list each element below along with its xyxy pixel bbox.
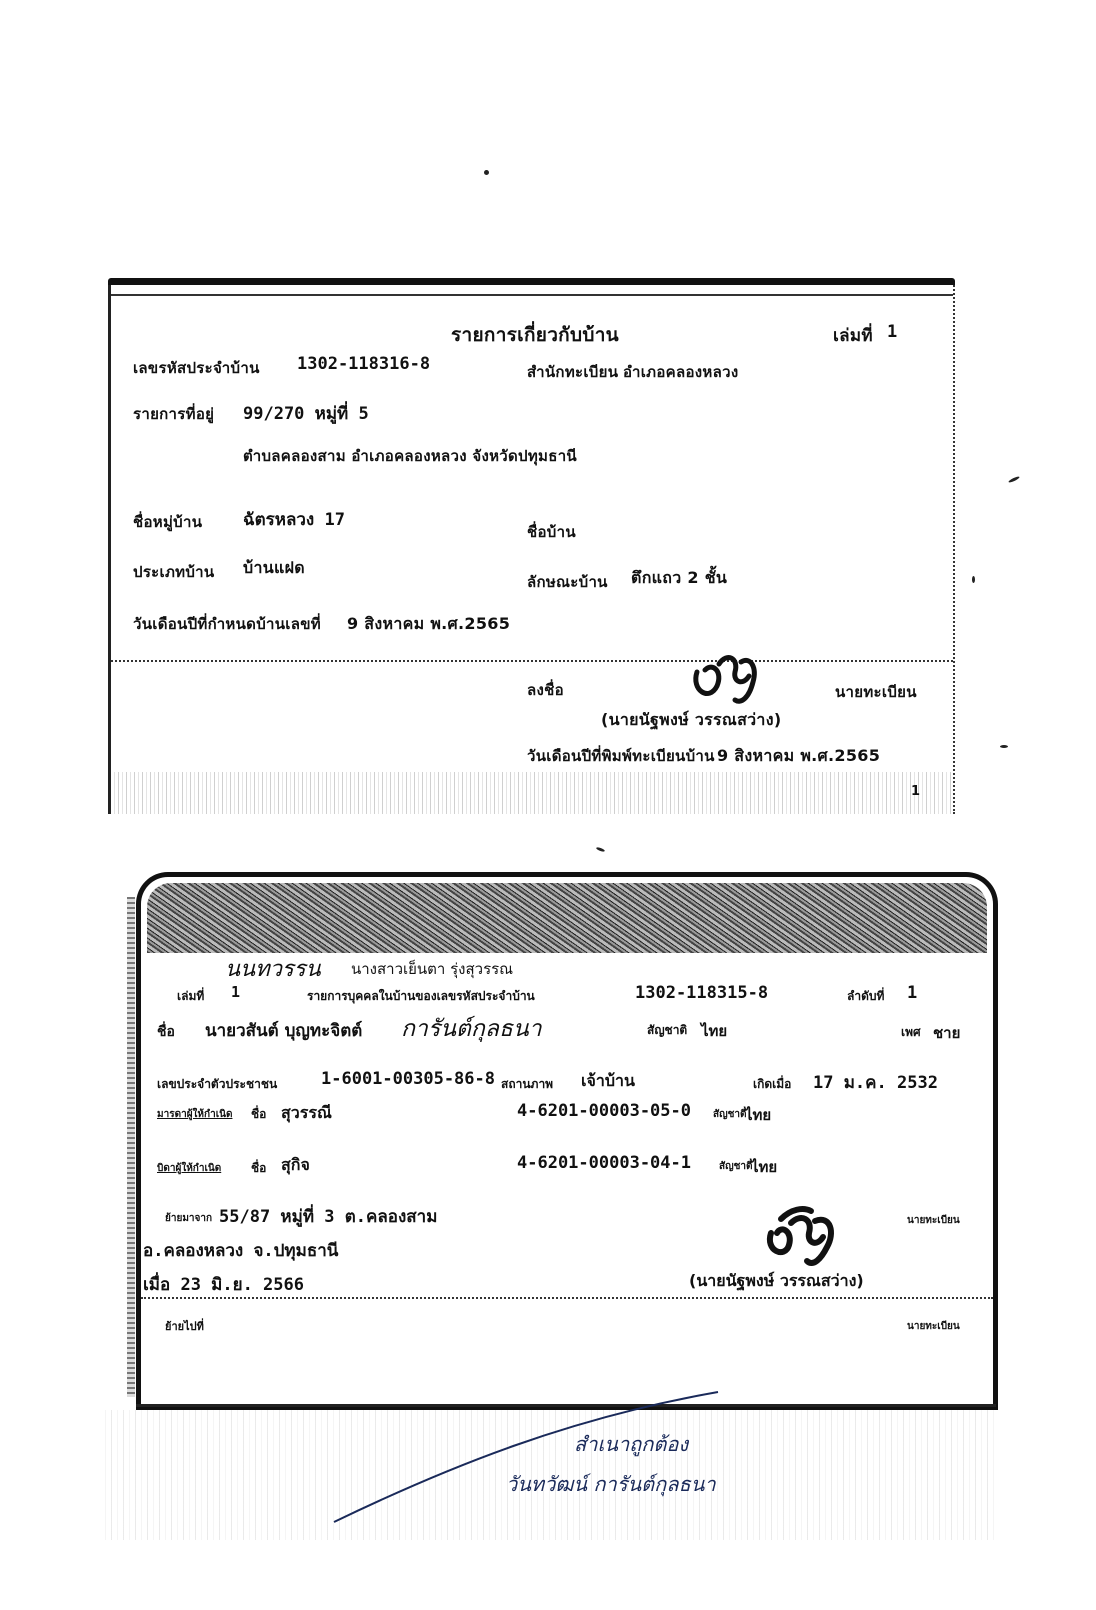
assigned-date-label: วันเดือนปีที่กำหนดบ้านเลขที่ bbox=[133, 612, 321, 636]
nationality-value: ไทย bbox=[701, 1019, 727, 1043]
house-id-value: 1302-118316-8 bbox=[297, 354, 430, 374]
name-value: นายวสันต์ บุญทะจิตต์ bbox=[205, 1017, 362, 1044]
moved-to-registrar-title: นายทะเบียน bbox=[907, 1319, 960, 1334]
status-label: สถานภาพ bbox=[501, 1075, 553, 1094]
father-label: บิดาผู้ให้กำเนิด bbox=[157, 1161, 221, 1176]
moved-to-label: ย้ายไปที่ bbox=[165, 1317, 204, 1335]
volume-label: เล่มที่ bbox=[833, 322, 873, 349]
address-line2: ตำบลคลองสาม อำเภอคลองหลวง จังหวัดปทุมธาน… bbox=[243, 444, 577, 468]
person-record-card: นนทวรรน นางสาวเย็นตา รุ่งสุวรรณ เล่มที่ … bbox=[136, 872, 998, 1410]
printed-date-label: วันเดือนปีที่พิมพ์ทะเบียนบ้าน bbox=[527, 744, 715, 768]
address-line1: 99/270 หมู่ที่ 5 bbox=[243, 400, 369, 427]
sex-value: ชาย bbox=[933, 1021, 960, 1045]
name-handwritten: การันต์กุลธนา bbox=[401, 1011, 542, 1047]
mother-id: 4-6201-00003-05-0 bbox=[517, 1101, 691, 1121]
father-name-label: ชื่อ bbox=[251, 1159, 266, 1178]
nationality-label: สัญชาติ bbox=[647, 1021, 687, 1040]
certification-line2: วันทวัฒน์ การันต์กุลธนา bbox=[506, 1468, 716, 1500]
moved-date: เมื่อ 23 มิ.ย. 2566 bbox=[143, 1271, 304, 1298]
registrar-signature-icon bbox=[751, 1197, 851, 1277]
status-value: เจ้าบ้าน bbox=[581, 1069, 635, 1094]
order-value: 1 bbox=[907, 983, 917, 1003]
moved-from-label: ย้ายมาจาก bbox=[165, 1211, 212, 1226]
mother-label: มารดาผู้ให้กำเนิด bbox=[157, 1107, 232, 1122]
house-style-label: ลักษณะบ้าน bbox=[527, 570, 608, 594]
scan-edge bbox=[127, 897, 135, 1397]
house-details-card: รายการเกี่ยวกับบ้าน เล่มที่ 1 เลขรหัสประ… bbox=[108, 282, 955, 814]
page-mark: 1 bbox=[911, 784, 920, 799]
moved-from-line2: อ.คลองหลวง จ.ปทุมธานี bbox=[143, 1237, 338, 1264]
father-name: สุกิจ bbox=[281, 1153, 310, 1178]
registrar-office-label: สำนักทะเบียน bbox=[527, 360, 618, 384]
assigned-date-value: 9 สิงหาคม พ.ศ.2565 bbox=[347, 612, 510, 637]
mother-nationality: ไทย bbox=[745, 1103, 771, 1127]
house-type-value: บ้านแฝด bbox=[243, 556, 305, 581]
volume-value: 1 bbox=[887, 322, 897, 342]
card-header-band bbox=[147, 883, 987, 953]
record-title: รายการบุคคลในบ้านของเลขรหัสประจำบ้าน bbox=[307, 987, 535, 1006]
father-nationality: ไทย bbox=[751, 1155, 777, 1179]
house-type-label: ประเภทบ้าน bbox=[133, 560, 214, 584]
dotted-divider bbox=[111, 660, 953, 662]
birth-label: เกิดเมื่อ bbox=[753, 1075, 791, 1094]
house-style-value: ตึกแถว 2 ชั้น bbox=[631, 566, 727, 591]
volume-label: เล่มที่ bbox=[177, 987, 204, 1006]
moved-from-line1: 55/87 หมู่ที่ 3 ต.คลองสาม bbox=[219, 1203, 437, 1230]
header-name: นางสาวเย็นตา รุ่งสุวรรณ bbox=[351, 957, 513, 981]
printed-date-value: 9 สิงหาคม พ.ศ.2565 bbox=[717, 744, 880, 769]
citizen-id-value: 1-6001-00305-86-8 bbox=[321, 1069, 495, 1089]
house-name-label: ชื่อบ้าน bbox=[527, 520, 576, 544]
scan-speck bbox=[972, 576, 975, 583]
mother-name-label: ชื่อ bbox=[251, 1105, 266, 1124]
citizen-id-label: เลขประจำตัวประชาชน bbox=[157, 1075, 277, 1094]
name-label: ชื่อ bbox=[157, 1021, 175, 1043]
dotted-divider bbox=[141, 1297, 993, 1299]
registrar-title: นายทะเบียน bbox=[907, 1213, 960, 1228]
handwritten-header: นนทวรรน bbox=[225, 951, 321, 986]
registrar-name: (นายนัฐพงษ์ วรรณสว่าง) bbox=[689, 1269, 864, 1294]
scan-speck bbox=[596, 847, 605, 853]
registrar-signature-icon bbox=[683, 642, 773, 712]
scan-speck bbox=[484, 170, 489, 175]
scan-speck bbox=[1000, 745, 1008, 748]
order-label: ลำดับที่ bbox=[847, 987, 884, 1006]
scan-speck bbox=[1008, 476, 1020, 484]
sex-label: เพศ bbox=[901, 1023, 921, 1042]
father-nationality-label: สัญชาติ bbox=[719, 1159, 753, 1174]
volume-value: 1 bbox=[231, 983, 240, 1001]
house-id-label: เลขรหัสประจำบ้าน bbox=[133, 356, 260, 380]
card-top-border bbox=[108, 278, 955, 285]
card-top-rule bbox=[111, 294, 953, 296]
registrar-title: นายทะเบียน bbox=[835, 680, 917, 704]
scan-noise bbox=[111, 772, 953, 814]
village-value: ฉัตรหลวง 17 bbox=[243, 506, 345, 533]
mother-name: สุวรรณี bbox=[281, 1101, 332, 1126]
registrar-name: (นายนัฐพงษ์ วรรณสว่าง) bbox=[601, 708, 781, 733]
address-label: รายการที่อยู่ bbox=[133, 402, 214, 426]
birth-value: 17 ม.ค. 2532 bbox=[813, 1069, 938, 1096]
signed-label: ลงชื่อ bbox=[527, 678, 564, 702]
mother-nationality-label: สัญชาติ bbox=[713, 1107, 747, 1122]
registrar-office-value: อำเภอคลองหลวง bbox=[623, 360, 738, 384]
village-label: ชื่อหมู่บ้าน bbox=[133, 510, 202, 534]
house-id-value: 1302-118315-8 bbox=[635, 983, 768, 1003]
card-title: รายการเกี่ยวกับบ้าน bbox=[451, 320, 619, 350]
certification-line1: สำเนาถูกต้อง bbox=[574, 1428, 688, 1460]
father-id: 4-6201-00003-04-1 bbox=[517, 1153, 691, 1173]
